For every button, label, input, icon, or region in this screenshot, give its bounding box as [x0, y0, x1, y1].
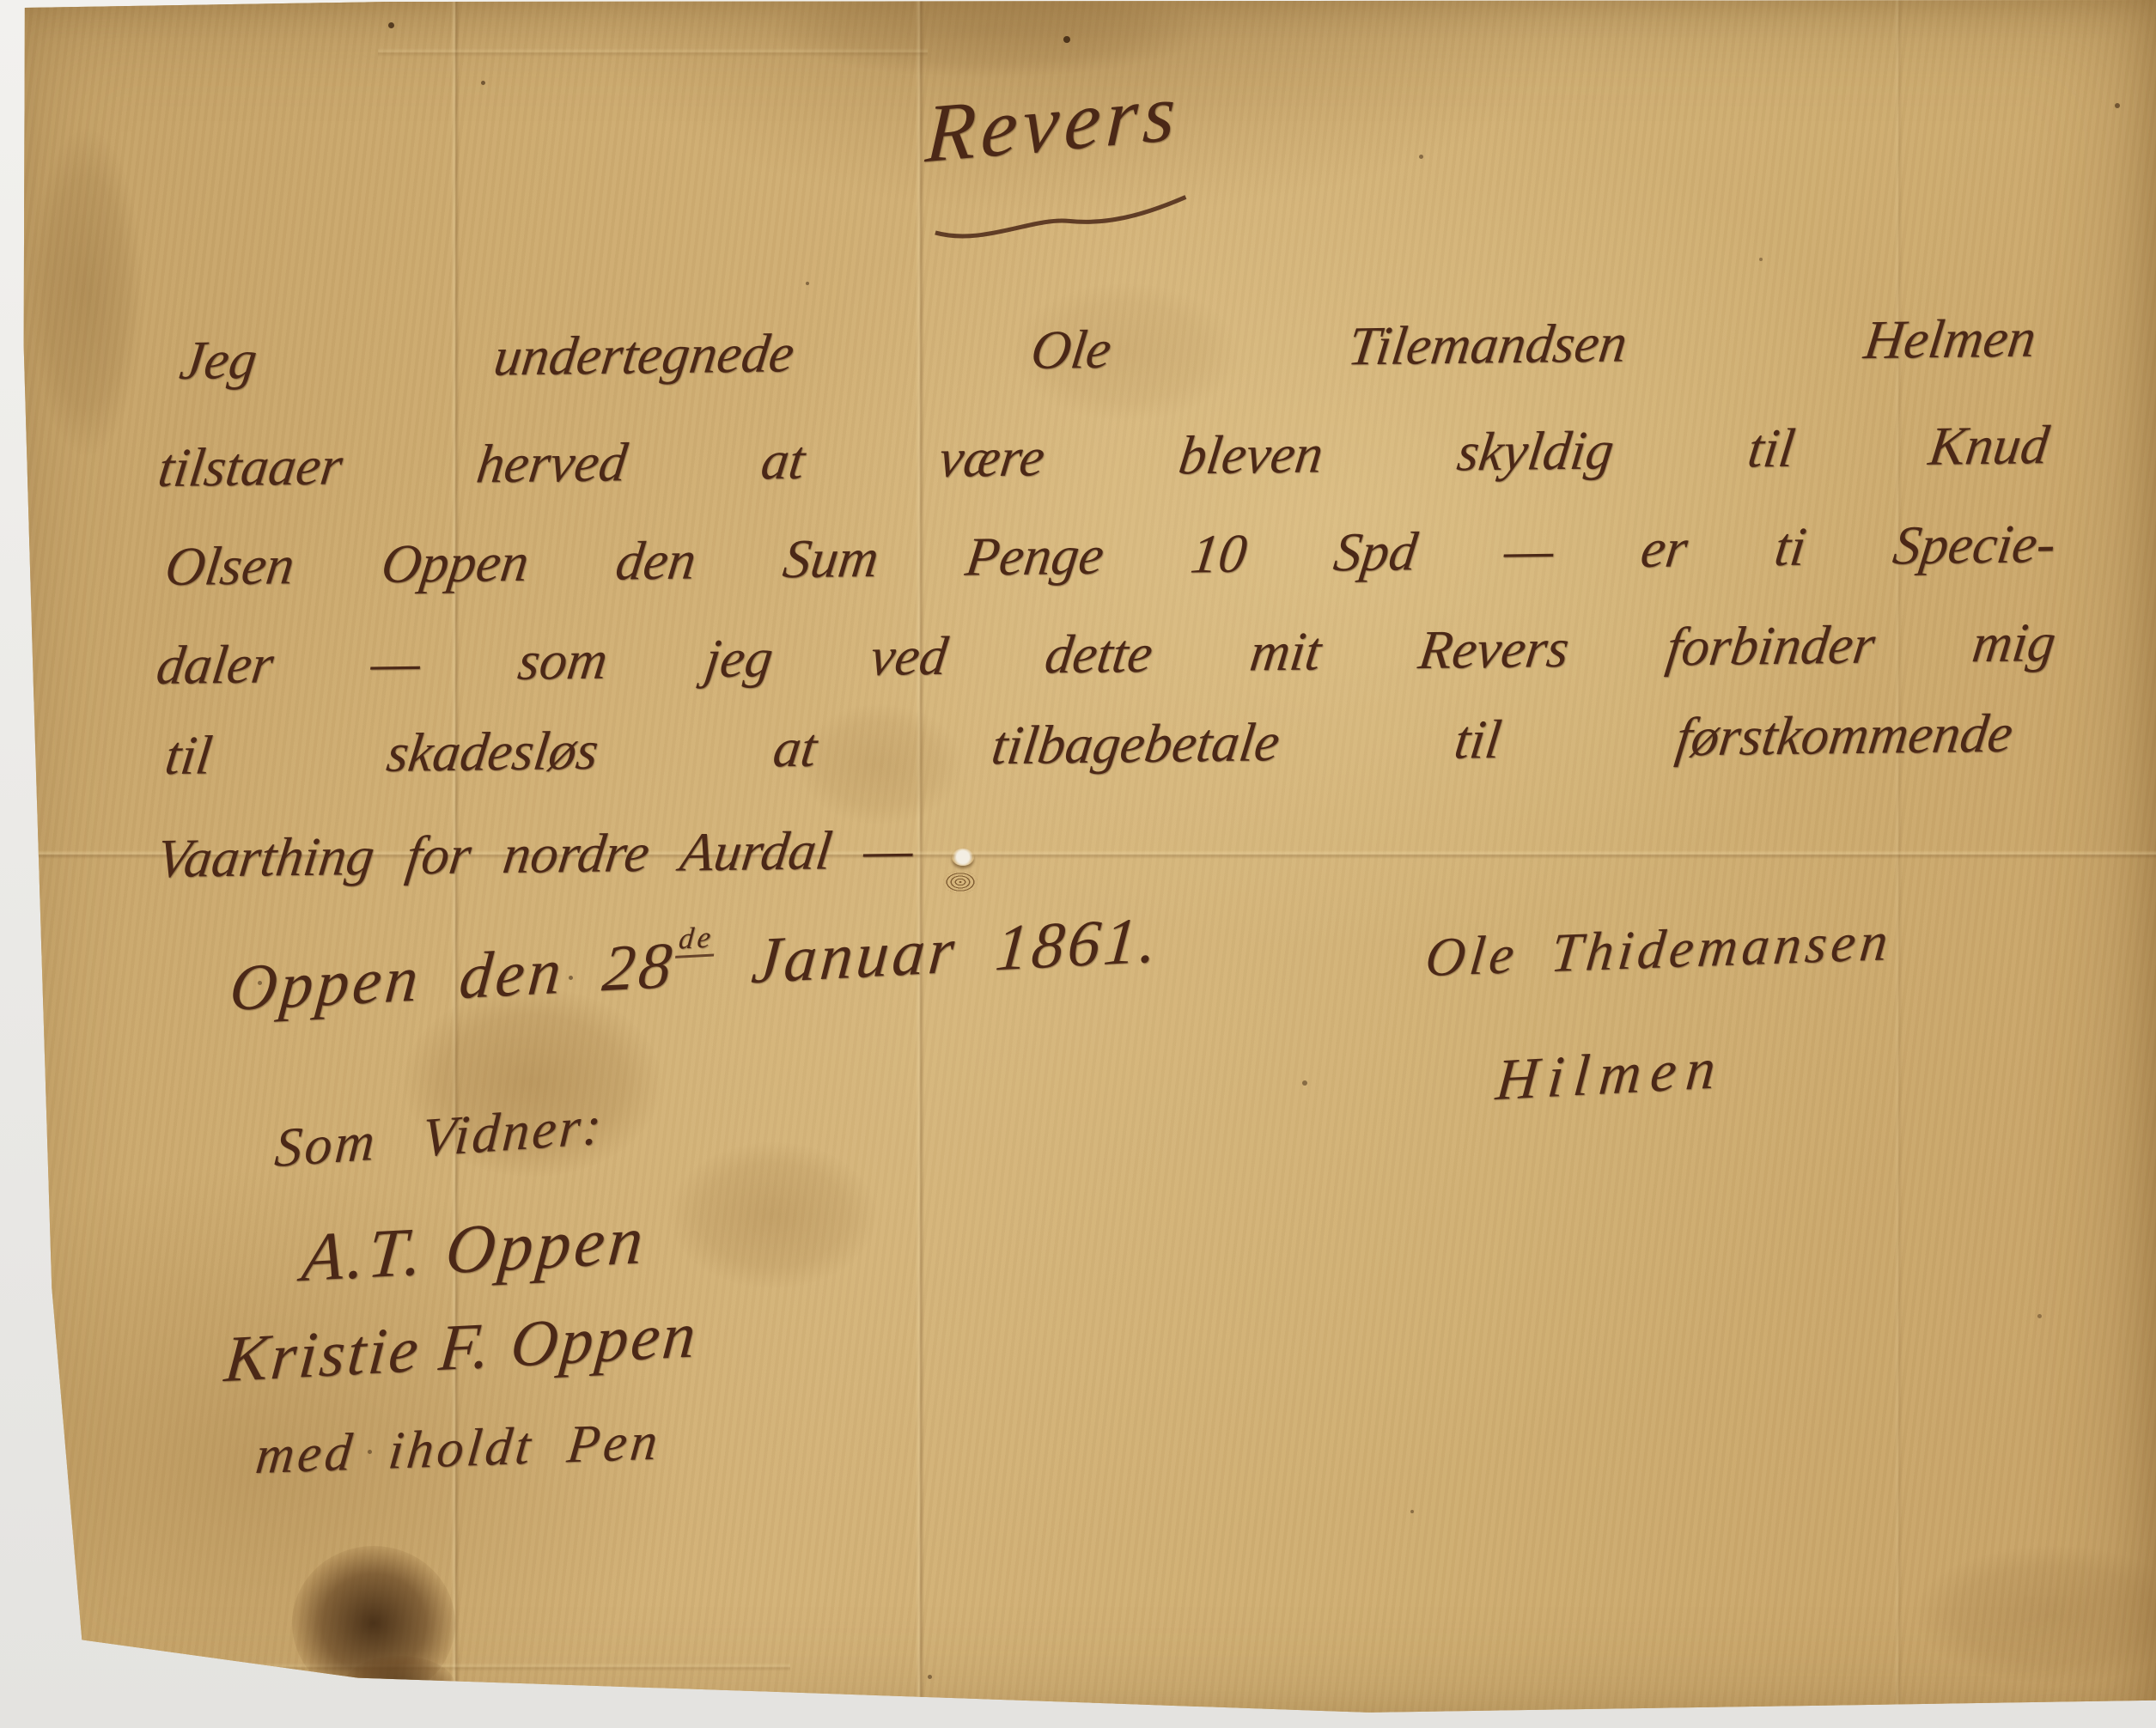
horizontal-fold-crease — [52, 1663, 790, 1671]
body-line: tilstaaer herved at være bleven skyldig … — [155, 413, 2052, 500]
body-line: til skadesløs at tilbagebetale til først… — [161, 702, 2016, 788]
dateline-place-day: Oppen den 28 — [227, 929, 678, 1025]
ink-speck — [928, 1675, 932, 1679]
horizontal-fold-crease — [378, 48, 928, 57]
witness-heading: Som Vidner: — [272, 1093, 606, 1180]
ink-speck — [2115, 103, 2120, 108]
witness-note: med iholdt Pen — [253, 1411, 664, 1487]
ink-speck — [1419, 155, 1423, 159]
paper-hole — [952, 849, 974, 866]
dateline: Oppen den 28de Januar 1861. — [227, 903, 1163, 1026]
ink-speck — [1302, 1080, 1307, 1086]
body-line: daler — som jeg ved dette mit Revers for… — [153, 611, 2059, 697]
coil-mark — [943, 871, 978, 893]
witness-signature-1: A.T. Oppen — [299, 1202, 649, 1299]
document-paper: Revers Jeg undertegnede Ole Tilemandsen … — [0, 0, 2156, 1728]
body-line: Olsen Oppen den Sum Penge 10 Spd — er ti… — [161, 512, 2059, 599]
signature-name-line1: Ole Thidemansen — [1422, 910, 1895, 989]
ink-speck — [1759, 258, 1763, 261]
water-stain — [670, 1142, 876, 1288]
edge-stain — [773, 0, 1203, 77]
ink-stain — [292, 1546, 455, 1701]
dateline-ordinal: de — [675, 920, 717, 958]
title-underline-flourish — [928, 185, 1197, 253]
vertical-fold-crease — [916, 0, 924, 1728]
dateline-month-year: Januar 1861. — [710, 904, 1163, 1000]
signature-name-line2: Hilmen — [1494, 1034, 1728, 1114]
scan-background: Revers Jeg undertegnede Ole Tilemandsen … — [0, 0, 2156, 1728]
vertical-fold-crease — [1894, 0, 1903, 1728]
ink-speck — [2037, 1314, 2042, 1318]
ink-speck — [806, 282, 809, 285]
body-line: Vaarthing for nordre Aurdal — — [153, 818, 917, 891]
ink-speck — [388, 22, 394, 28]
document-title: Revers — [923, 64, 1183, 182]
witness-signature-2: Kristie F. Oppen — [222, 1298, 701, 1397]
edge-stain — [31, 129, 143, 455]
ink-speck — [1410, 1510, 1414, 1513]
ink-speck — [1063, 36, 1070, 43]
ink-speck — [481, 81, 485, 85]
edge-stain — [1915, 1546, 2156, 1683]
